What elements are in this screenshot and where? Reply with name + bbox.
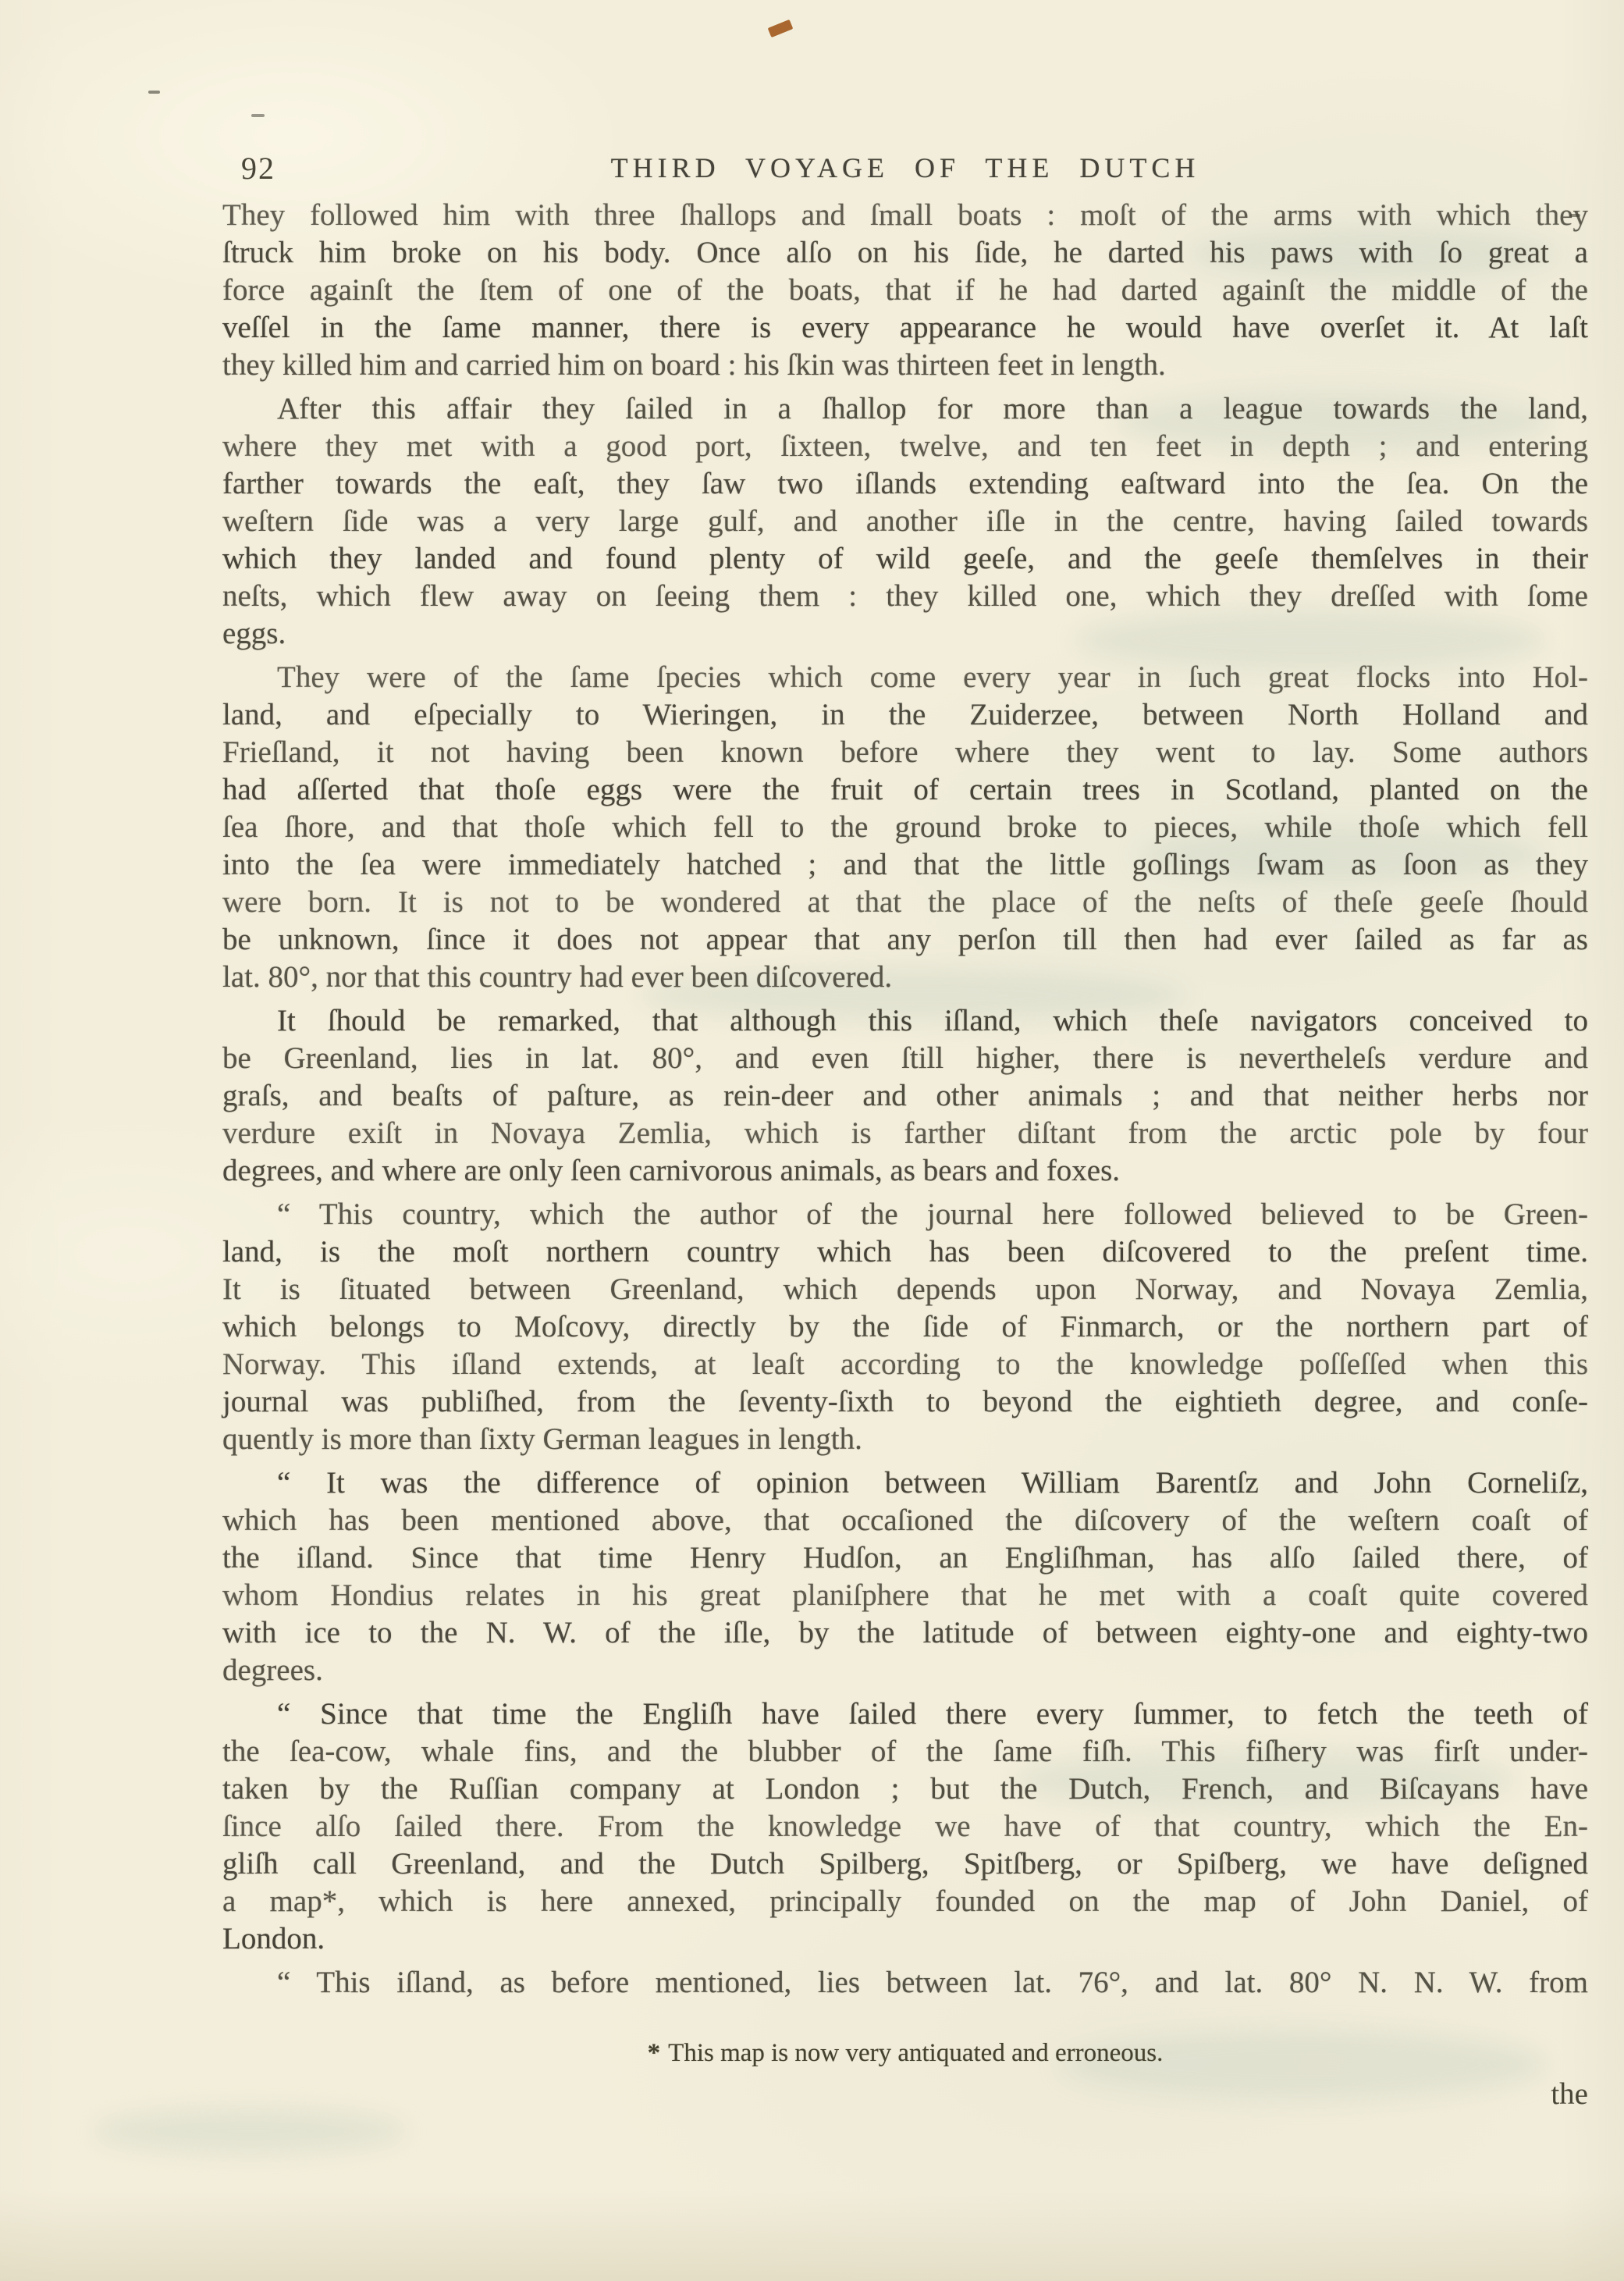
text-line: ſince alſo ſailed there. From the knowle… <box>222 1808 1588 1845</box>
book-page-scan: 92 THIRD VOYAGE OF THE DUTCH They follow… <box>0 0 1624 2281</box>
text-line: “ Since that time the Engliſh have ſaile… <box>222 1696 1588 1733</box>
footnote: *This map is now very antiquated and err… <box>222 2039 1588 2068</box>
text-line: whom Hondius relates in his great planiſ… <box>222 1577 1588 1614</box>
text-line: London. <box>222 1920 1588 1958</box>
paragraph: “ It was the difference of opinion betwe… <box>222 1464 1588 1689</box>
text-line: land, is the moſt northern country which… <box>222 1233 1588 1271</box>
text-line: were born. It is not to be wondered at t… <box>222 884 1588 921</box>
text-line: ſea ſhore, and that thoſe which fell to … <box>222 809 1588 846</box>
text-line: eggs. <box>222 615 1588 653</box>
text-line: They were of the ſame ſpecies which come… <box>222 659 1588 696</box>
text-line: verdure exiſt in Novaya Zemlia, which is… <box>222 1115 1588 1152</box>
text-line: It is ſituated between Greenland, which … <box>222 1271 1588 1308</box>
paragraph: They followed him with three ſhallops an… <box>222 197 1588 384</box>
text-line: veſſel in the ſame manner, there is ever… <box>222 309 1588 347</box>
text-line: force againſt the ſtem of one of the boa… <box>222 272 1588 309</box>
paragraph: “ Since that time the Engliſh have ſaile… <box>222 1696 1588 1958</box>
ink-speck <box>251 114 265 117</box>
text-line: lat. 80°, nor that this country had ever… <box>222 959 1588 996</box>
text-line: neſts, which flew away on ſeeing them : … <box>222 578 1588 615</box>
text-line: which belongs to Moſcovy, directly by th… <box>222 1308 1588 1346</box>
text-line: had aſſerted that thoſe eggs were the fr… <box>222 771 1588 809</box>
text-line: with ice to the N. W. of the iſle, by th… <box>222 1614 1588 1652</box>
footnote-asterisk: * <box>648 2039 661 2067</box>
paragraph: “ This iſland, as before mentioned, lies… <box>222 1964 1588 2002</box>
text-line: the iſland. Since that time Henry Hudſon… <box>222 1539 1588 1577</box>
text-line: “ It was the difference of opinion betwe… <box>222 1464 1588 1502</box>
text-line: “ This iſland, as before mentioned, lies… <box>222 1964 1588 2002</box>
text-line: the ſea-cow, whale fins, and the blubber… <box>222 1733 1588 1770</box>
ink-speck <box>148 91 160 94</box>
text-line: taken by the Ruſſian company at London ;… <box>222 1770 1588 1808</box>
page-header: 92 THIRD VOYAGE OF THE DUTCH <box>222 145 1588 186</box>
text-line: “ This country, which the author of the … <box>222 1196 1588 1233</box>
text-line: degrees, and where are only ſeen carnivo… <box>222 1152 1588 1190</box>
text-line: graſs, and beaſts of paſture, as rein-de… <box>222 1077 1588 1115</box>
text-line: they killed him and carried him on board… <box>222 347 1588 384</box>
ink-speck-brown <box>768 20 794 37</box>
text-line: into the ſea were immediately hatched ; … <box>222 846 1588 884</box>
text-line: a map*, which is here annexed, principal… <box>222 1883 1588 1920</box>
paragraph: It ſhould be remarked, that although thi… <box>222 1002 1588 1190</box>
text-line: journal was publiſhed, from the ſeventy-… <box>222 1383 1588 1421</box>
paragraph: After this affair they ſailed in a ſhall… <box>222 390 1588 653</box>
text-line: After this affair they ſailed in a ſhall… <box>222 390 1588 428</box>
text-line: be unknown, ſince it does not appear tha… <box>222 921 1588 959</box>
text-line: land, and eſpecially to Wieringen, in th… <box>222 696 1588 734</box>
text-line: They followed him with three ſhallops an… <box>222 197 1588 234</box>
text-line: quently is more than ſixty German league… <box>222 1421 1588 1458</box>
paragraph: They were of the ſame ſpecies which come… <box>222 659 1588 996</box>
text-line: where they met with a good port, ſixteen… <box>222 428 1588 465</box>
showthrough-smudge <box>94 2108 406 2155</box>
text-line: farther towards the eaſt, they ſaw two i… <box>222 465 1588 503</box>
text-line: Frieſland, it not having been known befo… <box>222 734 1588 771</box>
text-line: Norway. This iſland extends, at leaſt ac… <box>222 1346 1588 1383</box>
paragraph: “ This country, which the author of the … <box>222 1196 1588 1458</box>
catchword: the <box>222 2076 1588 2112</box>
text-line: which has been mentioned above, that occ… <box>222 1502 1588 1539</box>
text-line: weſtern ſide was a very large gulf, and … <box>222 503 1588 540</box>
page-body: They followed him with three ſhallops an… <box>222 197 1588 2002</box>
text-line: which they landed and found plenty of wi… <box>222 540 1588 578</box>
text-line: ſtruck him broke on his body. Once alſo … <box>222 234 1588 272</box>
text-line: gliſh call Greenland, and the Dutch Spil… <box>222 1845 1588 1883</box>
text-line: degrees. <box>222 1652 1588 1689</box>
running-title: THIRD VOYAGE OF THE DUTCH <box>222 151 1588 184</box>
text-line: It ſhould be remarked, that although thi… <box>222 1002 1588 1040</box>
text-line: be Greenland, lies in lat. 80°, and even… <box>222 1040 1588 1077</box>
footnote-text: This map is now very antiquated and erro… <box>668 2039 1163 2067</box>
